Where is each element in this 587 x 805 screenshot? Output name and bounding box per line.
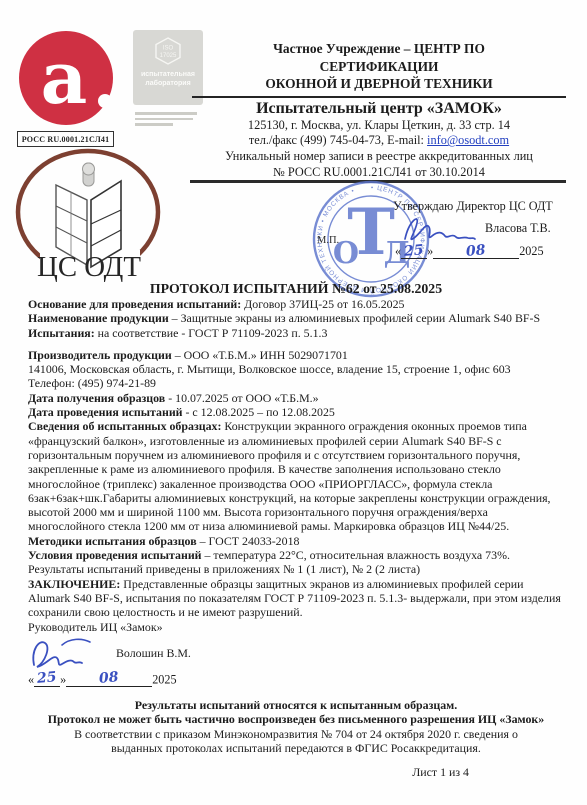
field-samples-received: Дата получения образцов - 10.07.2025 от …	[28, 391, 564, 405]
email-link[interactable]: info@osodt.com	[427, 133, 509, 147]
field-product-name: Наименование продукции – Защитные экраны…	[28, 311, 564, 325]
org-name-line2: СЕРТИФИКАЦИИ	[192, 58, 566, 76]
org-address: 125130, г. Москва, ул. Клары Цеткин, д. …	[192, 118, 566, 134]
field-conditions: Условия проведения испытаний – температу…	[28, 548, 564, 562]
field-basis: Основание для проведения испытаний: Дого…	[28, 297, 564, 311]
accreditation-a-icon: a	[16, 27, 116, 129]
org-name-line1: Частное Учреждение – ЦЕНТР ПО	[192, 40, 566, 58]
lab-stamp-text-line2: лаборатория	[145, 80, 190, 89]
field-tests: Испытания: на соответствие - ГОСТ Р 7110…	[28, 326, 564, 340]
org-name-line3: ОКОННОЙ И ДВЕРНОЙ ТЕХНИКИ	[192, 75, 566, 93]
iso17025-hexagon-icon: ISO 17025	[153, 36, 183, 66]
accreditation-code-badge: РОСС RU.0001.21СЛ41	[17, 131, 114, 147]
sheet-number: Лист 1 из 4	[28, 765, 564, 779]
head-signature-row: Волошин В.М.	[28, 636, 564, 670]
protocol-title: ПРОТОКОЛ ИСПЫТАНИЙ №62 от 25.08.2025	[28, 281, 564, 297]
field-manufacturer-address: 141006, Московская область, г. Мытищи, В…	[28, 362, 564, 376]
approval-block: Утверждаю Директор ЦС ОДТ Власова Т.В. «…	[393, 199, 585, 271]
header-org-block: Частное Учреждение – ЦЕНТР ПО СЕРТИФИКАЦ…	[192, 40, 566, 181]
footer-notes: Результаты испытаний относятся к испытан…	[28, 698, 564, 779]
field-methods: Методики испытания образцов – ГОСТ 24033…	[28, 534, 564, 548]
vlasova-signature	[399, 212, 477, 246]
field-test-dates: Дата проведения испытаний - с 12.08.2025…	[28, 405, 564, 419]
head-name: Волошин В.М.	[116, 646, 191, 660]
document-body: ПРОТОКОЛ ИСПЫТАНИЙ №62 от 25.08.2025 Осн…	[28, 281, 564, 779]
footer-note-3: В соответствии с приказом Минэкономразви…	[61, 727, 531, 756]
head-signature-date: «25»082025	[28, 671, 564, 687]
accreditation-code: РОСС RU.0001.21СЛ41	[22, 135, 110, 144]
lab-stamp-text-line1: испытательная	[141, 71, 195, 80]
field-results-note: Результаты испытаний приведены в приложе…	[28, 562, 564, 576]
footer-note-2: Протокол не может быть частично воспроиз…	[28, 712, 564, 727]
scanned-test-protocol-document: a РОСС RU.0001.21СЛ41 ISO 17025 испытате…	[0, 0, 587, 805]
voloshin-signature	[28, 636, 108, 670]
field-samples-info: Сведения об испытанных образцах: Констру…	[28, 419, 564, 533]
csodt-window-door-logo: ЦС ОДТ	[12, 148, 164, 284]
approver-name: Власова Т.В.	[485, 221, 551, 236]
field-conclusion: ЗАКЛЮЧЕНИЕ: Представленные образцы защит…	[28, 577, 564, 620]
field-phone: Телефон: (495) 974-21-89	[28, 376, 564, 390]
svg-text:17025: 17025	[160, 53, 177, 59]
stamp-place-label: М.П.	[317, 235, 339, 246]
footer-note-1: Результаты испытаний относятся к испытан…	[28, 698, 564, 713]
registry-line1: Уникальный номер записи в реестре аккред…	[192, 149, 566, 165]
approval-date: «25»082025	[395, 243, 544, 259]
field-manufacturer: Производитель продукции – ООО «Т.Б.М.» И…	[28, 348, 564, 362]
svg-text:ISO: ISO	[163, 46, 174, 52]
org-name: Частное Учреждение – ЦЕНТР ПО СЕРТИФИКАЦ…	[192, 40, 566, 98]
svg-text:a: a	[41, 35, 88, 120]
csodt-logo-label: ЦС ОДТ	[37, 252, 141, 283]
org-contacts: тел./факс (499) 745-04-73, E-mail: info@…	[192, 133, 566, 149]
field-head-role: Руководитель ИЦ «Замок»	[28, 620, 564, 634]
test-center-name: Испытательный центр «ЗАМОК»	[192, 99, 566, 118]
